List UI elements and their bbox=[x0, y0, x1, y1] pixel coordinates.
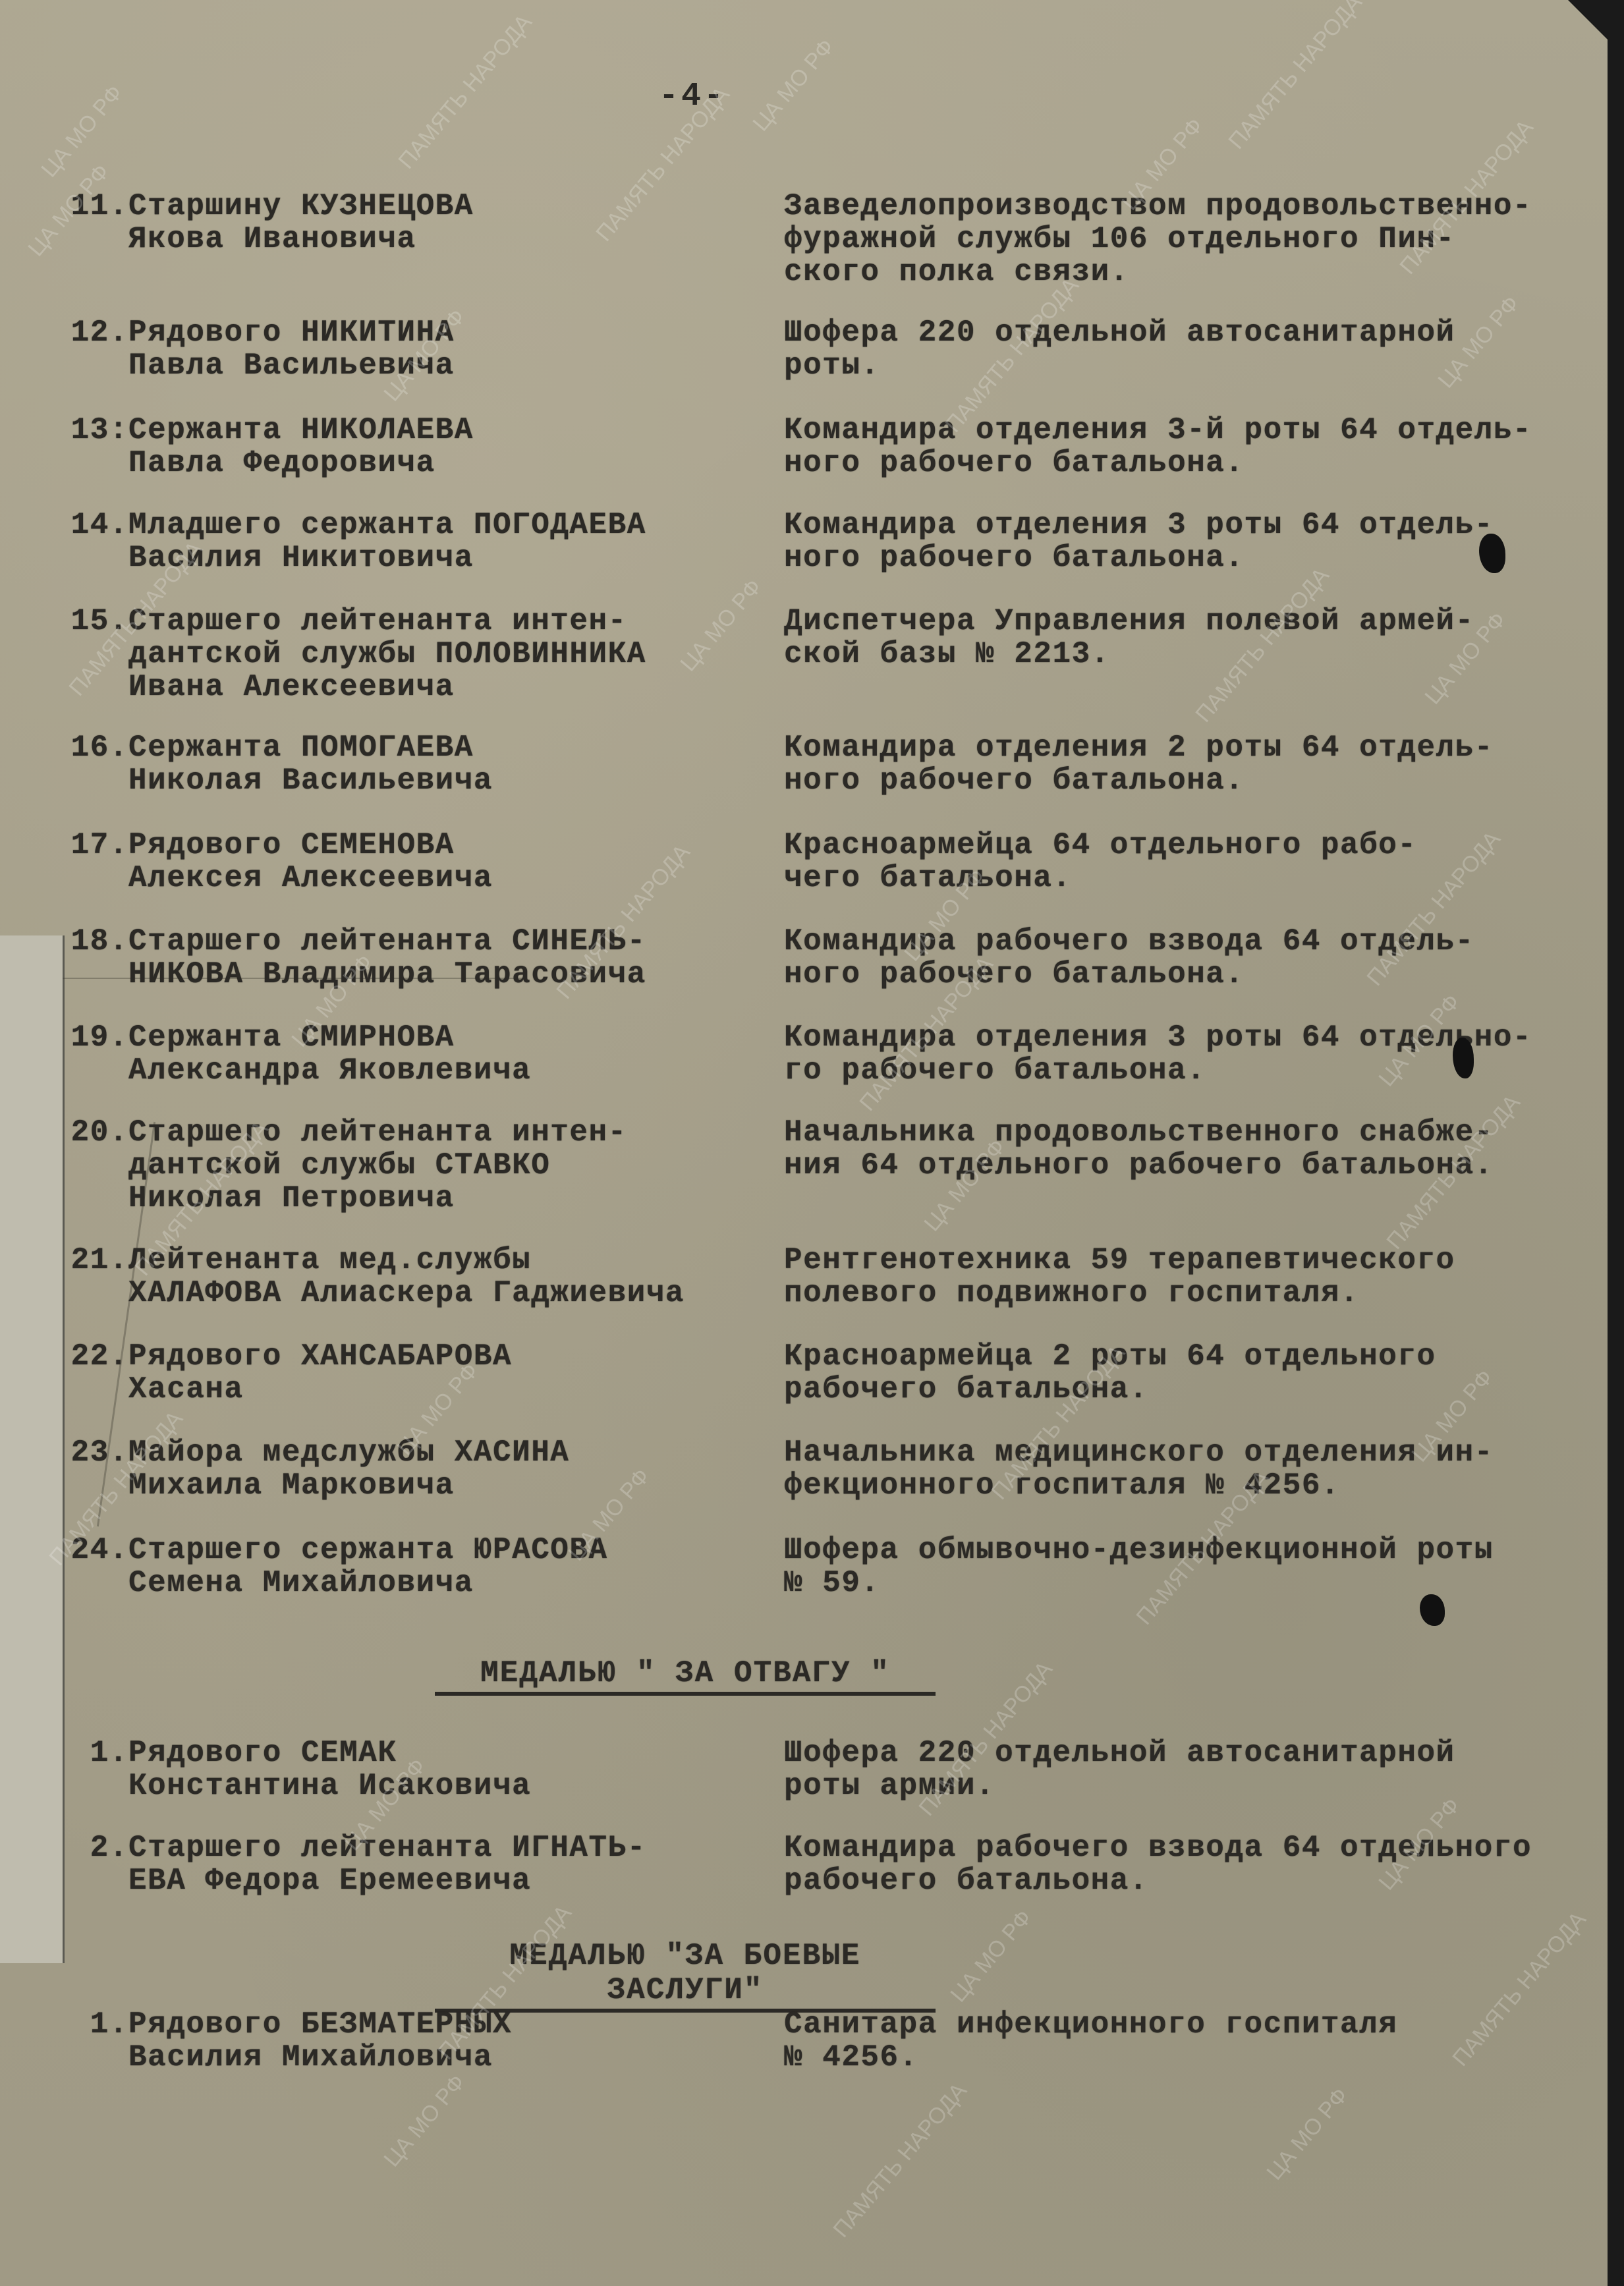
entry-number: 21. bbox=[66, 1244, 128, 1277]
position-line: Диспетчера Управления полевой армей- bbox=[784, 605, 1601, 638]
watermark-text: ЦА МО РФ bbox=[36, 80, 128, 182]
recipient-line: Младшего сержанта ПОГОДАЕВА bbox=[128, 509, 787, 542]
position-line: Командира отделения 3 роты 64 отдель- bbox=[784, 509, 1601, 542]
recipient-line: Старшего лейтенанта ИГНАТЬ- bbox=[128, 1831, 787, 1864]
position-line: Начальника продовольственного снабже- bbox=[784, 1116, 1601, 1149]
entry-number: 22. bbox=[66, 1340, 128, 1373]
entry-number: 17. bbox=[66, 829, 128, 862]
position-line: Командира отделения 3 роты 64 отдельно- bbox=[784, 1021, 1601, 1054]
recipient-rank-name: Рядового НИКИТИНАПавла Васильевича bbox=[128, 316, 787, 382]
recipient-rank-name: Младшего сержанта ПОГОДАЕВАВасилия Никит… bbox=[128, 509, 787, 574]
recipient-line: Александра Яковлевича bbox=[128, 1054, 787, 1087]
position-line: Командира отделения 2 роты 64 отдель- bbox=[784, 731, 1601, 764]
recipient-rank-name: Рядового БЕЗМАТЕРНЫХВасилия Михайловича bbox=[128, 2008, 787, 2074]
position-line: ного рабочего батальона. bbox=[784, 764, 1601, 797]
position-line: Шофера 220 отдельной автосанитарной bbox=[784, 316, 1601, 349]
recipient-position: Начальника медицинского отделения ин-фек… bbox=[784, 1436, 1601, 1502]
entry-number: 16. bbox=[66, 731, 128, 764]
recipient-line: Рядового БЕЗМАТЕРНЫХ bbox=[128, 2008, 787, 2041]
recipient-line: ХАЛАФОВА Алиаскера Гаджиевича bbox=[128, 1277, 787, 1310]
recipient-rank-name: Старшего сержанта ЮРАСОВАСемена Михайлов… bbox=[128, 1534, 787, 1600]
entry-number: 14. bbox=[66, 509, 128, 542]
recipient-position: Командира отделения 3 роты 64 отдельно-г… bbox=[784, 1021, 1601, 1087]
recipient-line: Константина Исаковича bbox=[128, 1770, 787, 1802]
recipient-position: Командира рабочего взвода 64 отдельногор… bbox=[784, 1831, 1601, 1897]
recipient-line: Алексея Алексеевича bbox=[128, 862, 787, 895]
position-line: Заведелопроизводством продовольственно- bbox=[784, 190, 1601, 223]
entry-number: 18. bbox=[66, 925, 128, 958]
recipient-line: ЕВА Федора Еремеевича bbox=[128, 1864, 787, 1897]
position-line: фекционного госпиталя № 4256. bbox=[784, 1469, 1601, 1502]
recipient-position: Командира рабочего взвода 64 отдель-ного… bbox=[784, 925, 1601, 991]
recipient-line: Рядового НИКИТИНА bbox=[128, 316, 787, 349]
recipient-line: дантской службы ПОЛОВИННИКА bbox=[128, 638, 787, 671]
recipient-position: Санитара инфекционного госпиталя№ 4256. bbox=[784, 2008, 1601, 2074]
recipient-position: Командира отделения 2 роты 64 отдель-ног… bbox=[784, 731, 1601, 797]
entry-number: 2. bbox=[66, 1831, 128, 1864]
position-line: чего батальона. bbox=[784, 862, 1601, 895]
recipient-position: Красноармейца 2 роты 64 отдельногорабоче… bbox=[784, 1340, 1601, 1406]
recipient-line: Хасана bbox=[128, 1373, 787, 1406]
position-line: Командира рабочего взвода 64 отдель- bbox=[784, 925, 1601, 958]
entry-number: 19. bbox=[66, 1021, 128, 1054]
recipient-position: Заведелопроизводством продовольственно-ф… bbox=[784, 190, 1601, 289]
entry-number: 23. bbox=[66, 1436, 128, 1469]
recipient-line: Рядового ХАНСАБАРОВА bbox=[128, 1340, 787, 1373]
recipient-rank-name: Рядового ХАНСАБАРОВАХасана bbox=[128, 1340, 787, 1406]
recipient-line: Павла Васильевича bbox=[128, 349, 787, 382]
recipient-position: Рентгенотехника 59 терапевтическогополев… bbox=[784, 1244, 1601, 1310]
position-line: № 59. bbox=[784, 1567, 1601, 1600]
recipient-line: Семена Михайловича bbox=[128, 1567, 787, 1600]
position-line: ского полка связи. bbox=[784, 256, 1601, 289]
recipient-position: Командира отделения 3 роты 64 отдель-ног… bbox=[784, 509, 1601, 574]
watermark-text: ЦА МО РФ bbox=[1262, 2083, 1353, 2185]
ink-blot bbox=[1420, 1594, 1445, 1626]
position-line: полевого подвижного госпиталя. bbox=[784, 1277, 1601, 1310]
recipient-rank-name: Старшину КУЗНЕЦОВАЯкова Ивановича bbox=[128, 190, 787, 256]
recipient-rank-name: Старшего лейтенанта интен-дантской служб… bbox=[128, 605, 787, 704]
position-line: Красноармейца 64 отдельного рабо- bbox=[784, 829, 1601, 862]
recipient-line: Михаила Марковича bbox=[128, 1469, 787, 1502]
watermark-text: ПАМЯТЬ НАРОДА bbox=[1223, 0, 1367, 154]
recipient-position: Красноармейца 64 отдельного рабо-чего ба… bbox=[784, 829, 1601, 895]
entry-number: 12. bbox=[66, 316, 128, 349]
recipient-rank-name: Старшего лейтенанта интен-дантской служб… bbox=[128, 1116, 787, 1215]
recipient-line: Старшину КУЗНЕЦОВА bbox=[128, 190, 787, 223]
recipient-line: Николая Петровича bbox=[128, 1182, 787, 1215]
watermark-text: ПАМЯТЬ НАРОДА bbox=[828, 2078, 972, 2243]
position-line: Санитара инфекционного госпиталя bbox=[784, 2008, 1601, 2041]
position-line: рабочего батальона. bbox=[784, 1864, 1601, 1897]
recipient-line: Старшего лейтенанта интен- bbox=[128, 1116, 787, 1149]
recipient-line: Сержанта НИКОЛАЕВА bbox=[128, 414, 787, 447]
entry-number: 11. bbox=[66, 190, 128, 223]
recipient-line: Якова Ивановича bbox=[128, 223, 787, 256]
watermark-text: ЦА МО РФ bbox=[748, 34, 839, 136]
entry-number: 13: bbox=[66, 414, 128, 447]
position-line: Командира отделения 3-й роты 64 отдель- bbox=[784, 414, 1601, 447]
position-line: ния 64 отдельного рабочего батальона. bbox=[784, 1149, 1601, 1182]
recipient-line: дантской службы СТАВКО bbox=[128, 1149, 787, 1182]
entry-number: 20. bbox=[66, 1116, 128, 1149]
recipient-line: Николая Васильевича bbox=[128, 764, 787, 797]
document-page: -4- 11.Старшину КУЗНЕЦОВАЯкова Ивановича… bbox=[0, 0, 1608, 2286]
position-line: Шофера 220 отдельной автосанитарной bbox=[784, 1737, 1601, 1770]
recipient-position: Шофера 220 отдельной автосанитарнойроты … bbox=[784, 1737, 1601, 1802]
position-line: Командира рабочего взвода 64 отдельного bbox=[784, 1831, 1601, 1864]
recipient-line: Рядового СЕМЕНОВА bbox=[128, 829, 787, 862]
recipient-line: Сержанта СМИРНОВА bbox=[128, 1021, 787, 1054]
recipient-line: Лейтенанта мед.службы bbox=[128, 1244, 787, 1277]
recipient-line: Майора медслужбы ХАСИНА bbox=[128, 1436, 787, 1469]
entry-number: 15. bbox=[66, 605, 128, 638]
recipient-rank-name: Сержанта СМИРНОВААлександра Яковлевича bbox=[128, 1021, 787, 1087]
recipient-rank-name: Сержанта НИКОЛАЕВАПавла Федоровича bbox=[128, 414, 787, 480]
recipient-line: Старшего лейтенанта интен- bbox=[128, 605, 787, 638]
position-line: Шофера обмывочно-дезинфекционной роты bbox=[784, 1534, 1601, 1567]
medal-section-heading: МЕДАЛЬЮ " ЗА ОТВАГУ " bbox=[435, 1656, 936, 1696]
recipient-line: Павла Федоровича bbox=[128, 447, 787, 480]
position-line: ного рабочего батальона. bbox=[784, 958, 1601, 991]
watermark-text: ПАМЯТЬ НАРОДА bbox=[393, 10, 537, 175]
recipient-line: Старшего сержанта ЮРАСОВА bbox=[128, 1534, 787, 1567]
position-line: Рентгенотехника 59 терапевтического bbox=[784, 1244, 1601, 1277]
watermark-text: ЦА МО РФ bbox=[945, 1905, 1037, 2007]
position-line: го рабочего батальона. bbox=[784, 1054, 1601, 1087]
position-line: ного рабочего батальона. bbox=[784, 447, 1601, 480]
recipient-rank-name: Рядового СЕМЕНОВААлексея Алексеевича bbox=[128, 829, 787, 895]
position-line: Начальника медицинского отделения ин- bbox=[784, 1436, 1601, 1469]
entry-number: 24. bbox=[66, 1534, 128, 1567]
watermark-text: ЦА МО РФ bbox=[379, 2070, 470, 2172]
position-line: Красноармейца 2 роты 64 отдельного bbox=[784, 1340, 1601, 1373]
page-number: -4- bbox=[659, 78, 726, 115]
recipient-line: Василия Михайловича bbox=[128, 2041, 787, 2074]
recipient-line: Василия Никитовича bbox=[128, 542, 787, 574]
position-line: роты армии. bbox=[784, 1770, 1601, 1802]
recipient-rank-name: Старшего лейтенанта СИНЕЛЬ-НИКОВА Владим… bbox=[128, 925, 787, 991]
entry-number: 1. bbox=[66, 2008, 128, 2041]
recipient-rank-name: Старшего лейтенанта ИГНАТЬ-ЕВА Федора Ер… bbox=[128, 1831, 787, 1897]
recipient-position: Начальника продовольственного снабже-ния… bbox=[784, 1116, 1601, 1182]
recipient-line: Рядового СЕМАК bbox=[128, 1737, 787, 1770]
recipient-rank-name: Сержанта ПОМОГАЕВАНиколая Васильевича bbox=[128, 731, 787, 797]
position-line: рабочего батальона. bbox=[784, 1373, 1601, 1406]
medal-section-heading: МЕДАЛЬЮ "ЗА БОЕВЫЕ ЗАСЛУГИ" bbox=[435, 1939, 936, 2013]
entry-number: 1. bbox=[66, 1737, 128, 1770]
recipient-line: Старшего лейтенанта СИНЕЛЬ- bbox=[128, 925, 787, 958]
recipient-line: НИКОВА Владимира Тарасовича bbox=[128, 958, 787, 991]
recipient-rank-name: Лейтенанта мед.службыХАЛАФОВА Алиаскера … bbox=[128, 1244, 787, 1310]
position-line: ного рабочего батальона. bbox=[784, 542, 1601, 574]
recipient-line: Ивана Алексеевича bbox=[128, 671, 787, 704]
position-line: № 4256. bbox=[784, 2041, 1601, 2074]
recipient-position: Диспетчера Управления полевой армей-ской… bbox=[784, 605, 1601, 671]
recipient-rank-name: Майора медслужбы ХАСИНАМихаила Марковича bbox=[128, 1436, 787, 1502]
recipient-position: Шофера обмывочно-дезинфекционной роты№ 5… bbox=[784, 1534, 1601, 1600]
recipient-line: Сержанта ПОМОГАЕВА bbox=[128, 731, 787, 764]
recipient-position: Шофера 220 отдельной автосанитарнойроты. bbox=[784, 316, 1601, 382]
position-line: фуражной службы 106 отдельного Пин- bbox=[784, 223, 1601, 256]
recipient-position: Командира отделения 3-й роты 64 отдель-н… bbox=[784, 414, 1601, 480]
recipient-rank-name: Рядового СЕМАККонстантина Исаковича bbox=[128, 1737, 787, 1802]
paper-strip bbox=[0, 935, 65, 1963]
position-line: роты. bbox=[784, 349, 1601, 382]
position-line: ской базы № 2213. bbox=[784, 638, 1601, 671]
